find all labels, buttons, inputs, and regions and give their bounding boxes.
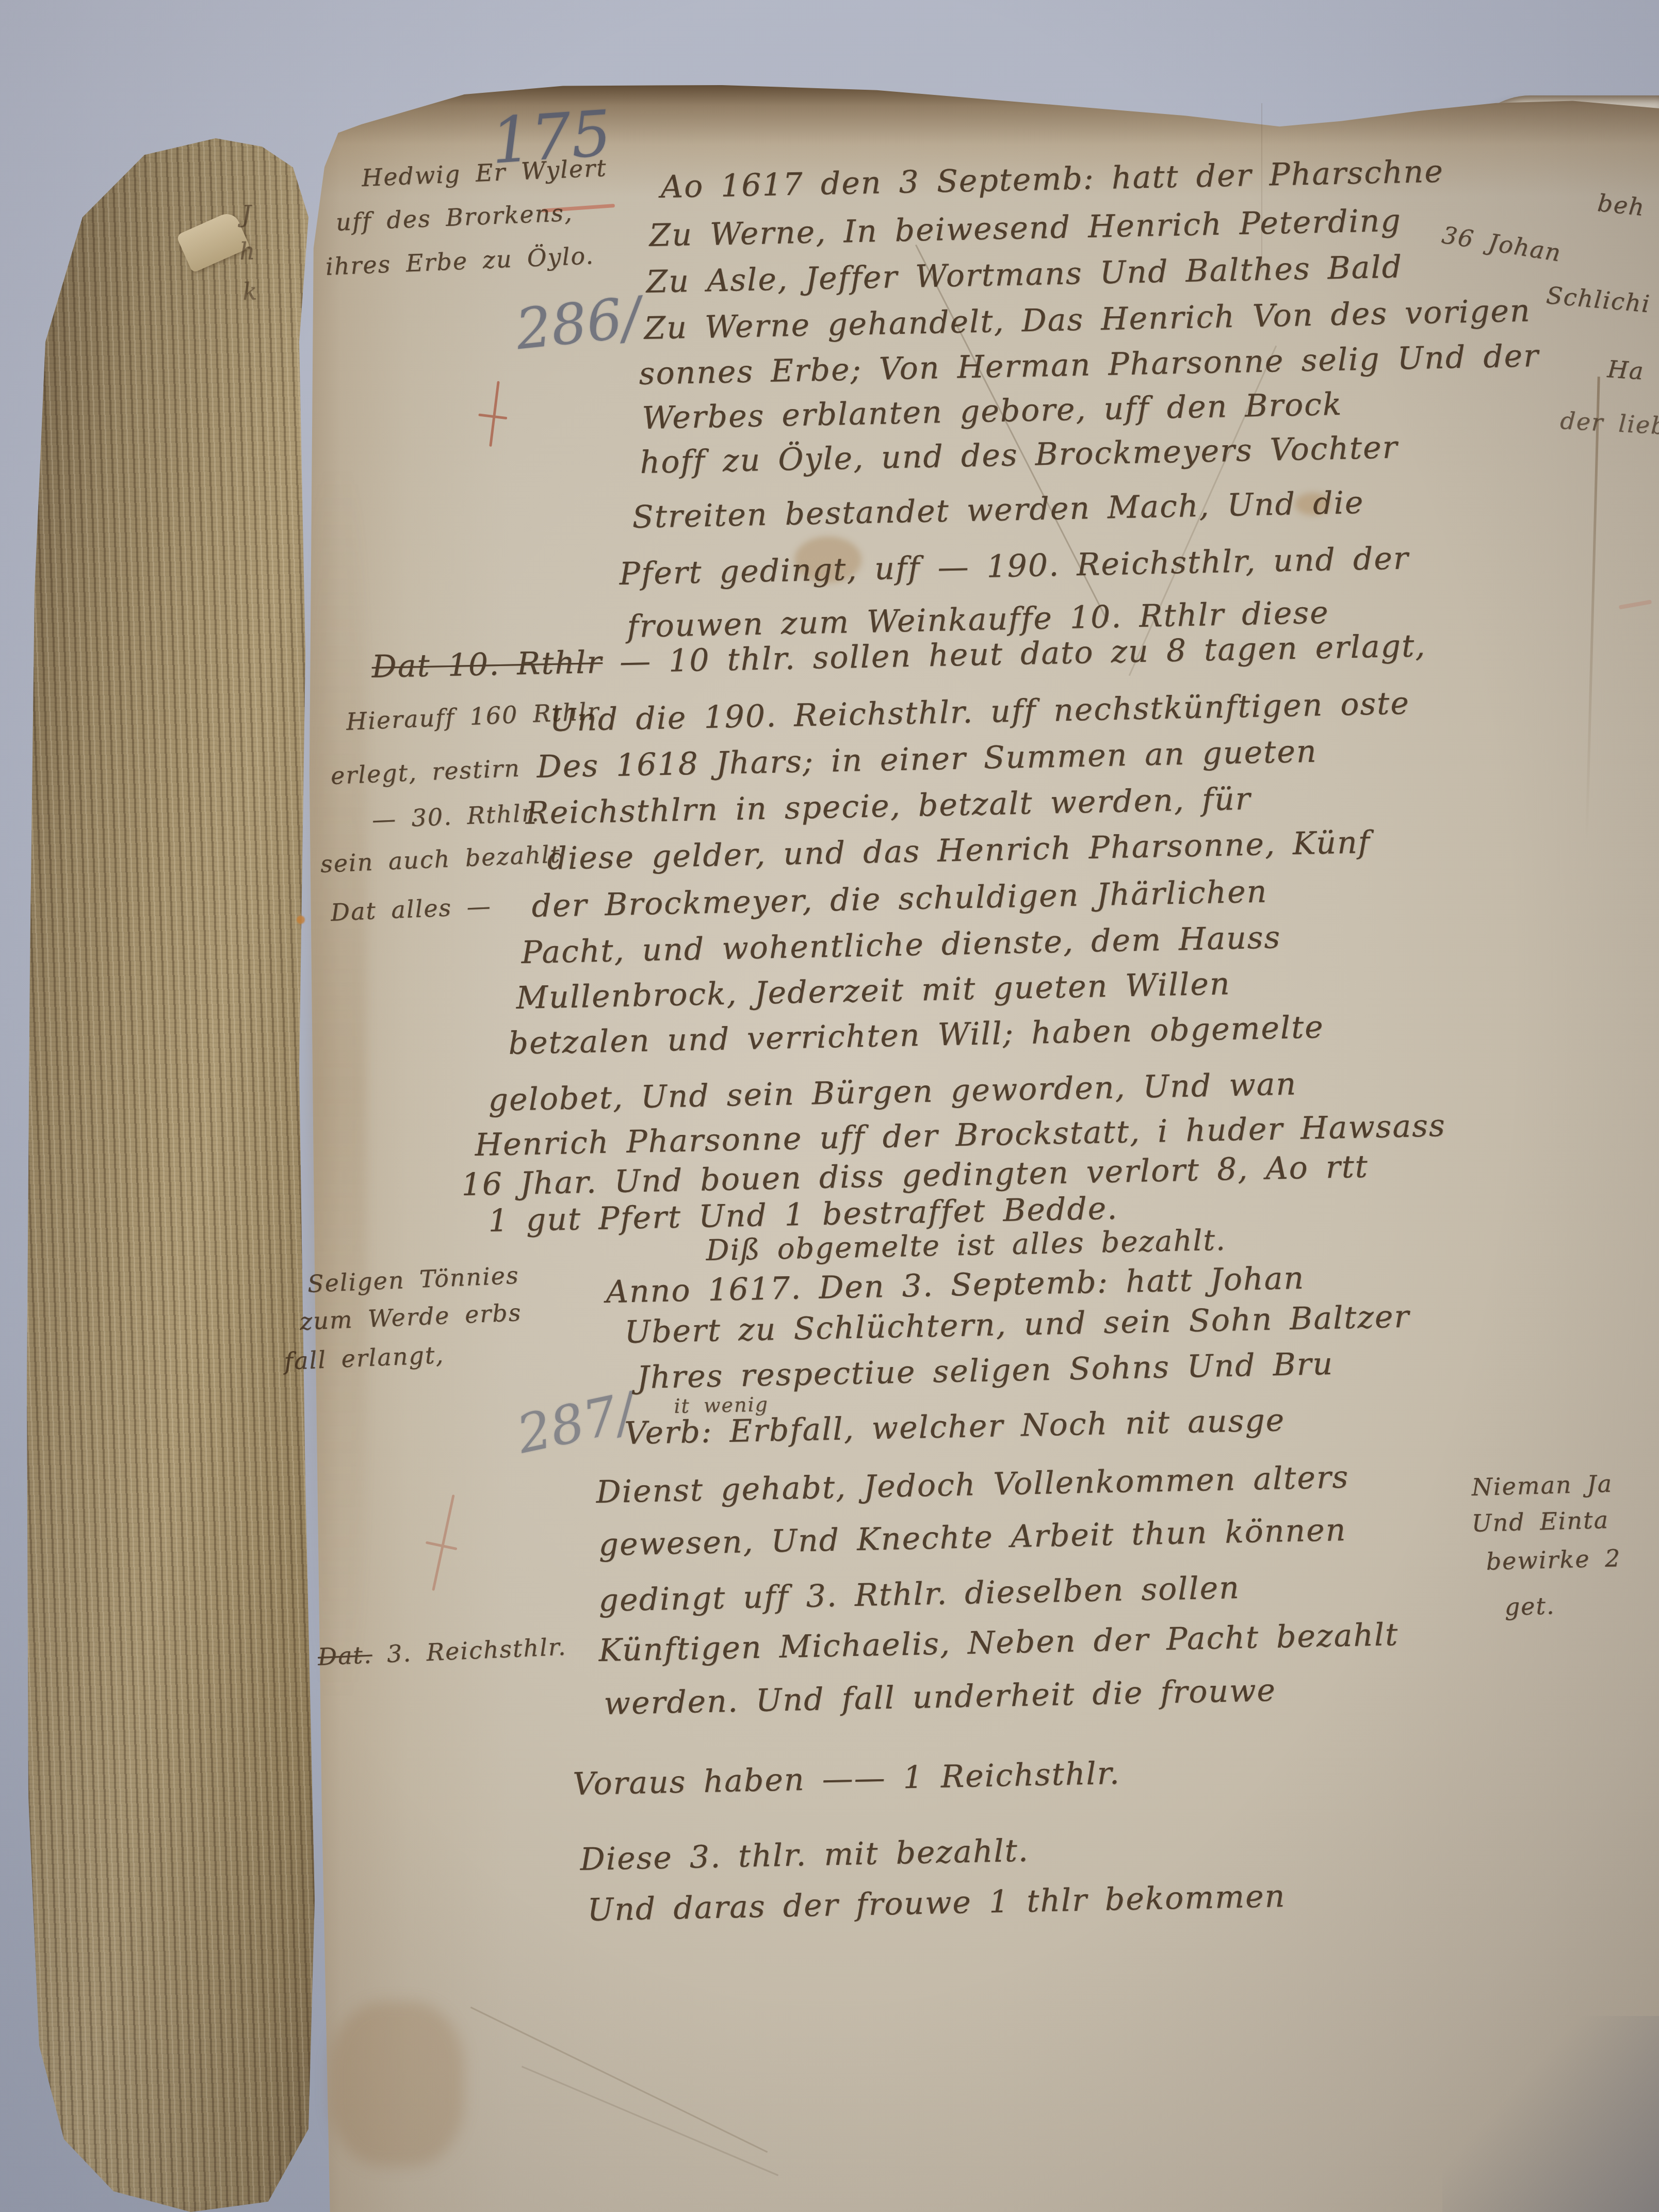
margin-note-line: Nieman Ja	[1471, 1470, 1613, 1501]
folio-mark-pencil: 286/	[513, 285, 644, 363]
edge-letter: k	[242, 277, 258, 305]
book-fore-edge	[21, 134, 330, 2212]
stain	[330, 2002, 464, 2167]
struck-text: Dat.	[317, 1641, 373, 1671]
next-page-fragment: der lieb	[1559, 406, 1659, 440]
next-page-fragment: beh	[1596, 189, 1646, 221]
gutter-stain	[310, 464, 366, 1702]
cross-vertical	[489, 381, 500, 447]
manuscript-photo: 175 286/ 287/ J h k Hedwig Er Wylert uff…	[0, 0, 1659, 2212]
struck-text: Dat 10. Rthlr	[371, 644, 603, 685]
bottom-right-shadow	[1442, 2016, 1659, 2212]
margin-note-line: Und Einta	[1471, 1506, 1609, 1537]
next-page-fragment: Ha	[1606, 355, 1645, 385]
edge-letter: J	[241, 200, 253, 228]
stain	[297, 916, 305, 924]
margin-note-line: bewirke 2	[1486, 1544, 1621, 1575]
edge-letter: h	[239, 237, 256, 265]
margin-note-line: get.	[1504, 1591, 1555, 1621]
